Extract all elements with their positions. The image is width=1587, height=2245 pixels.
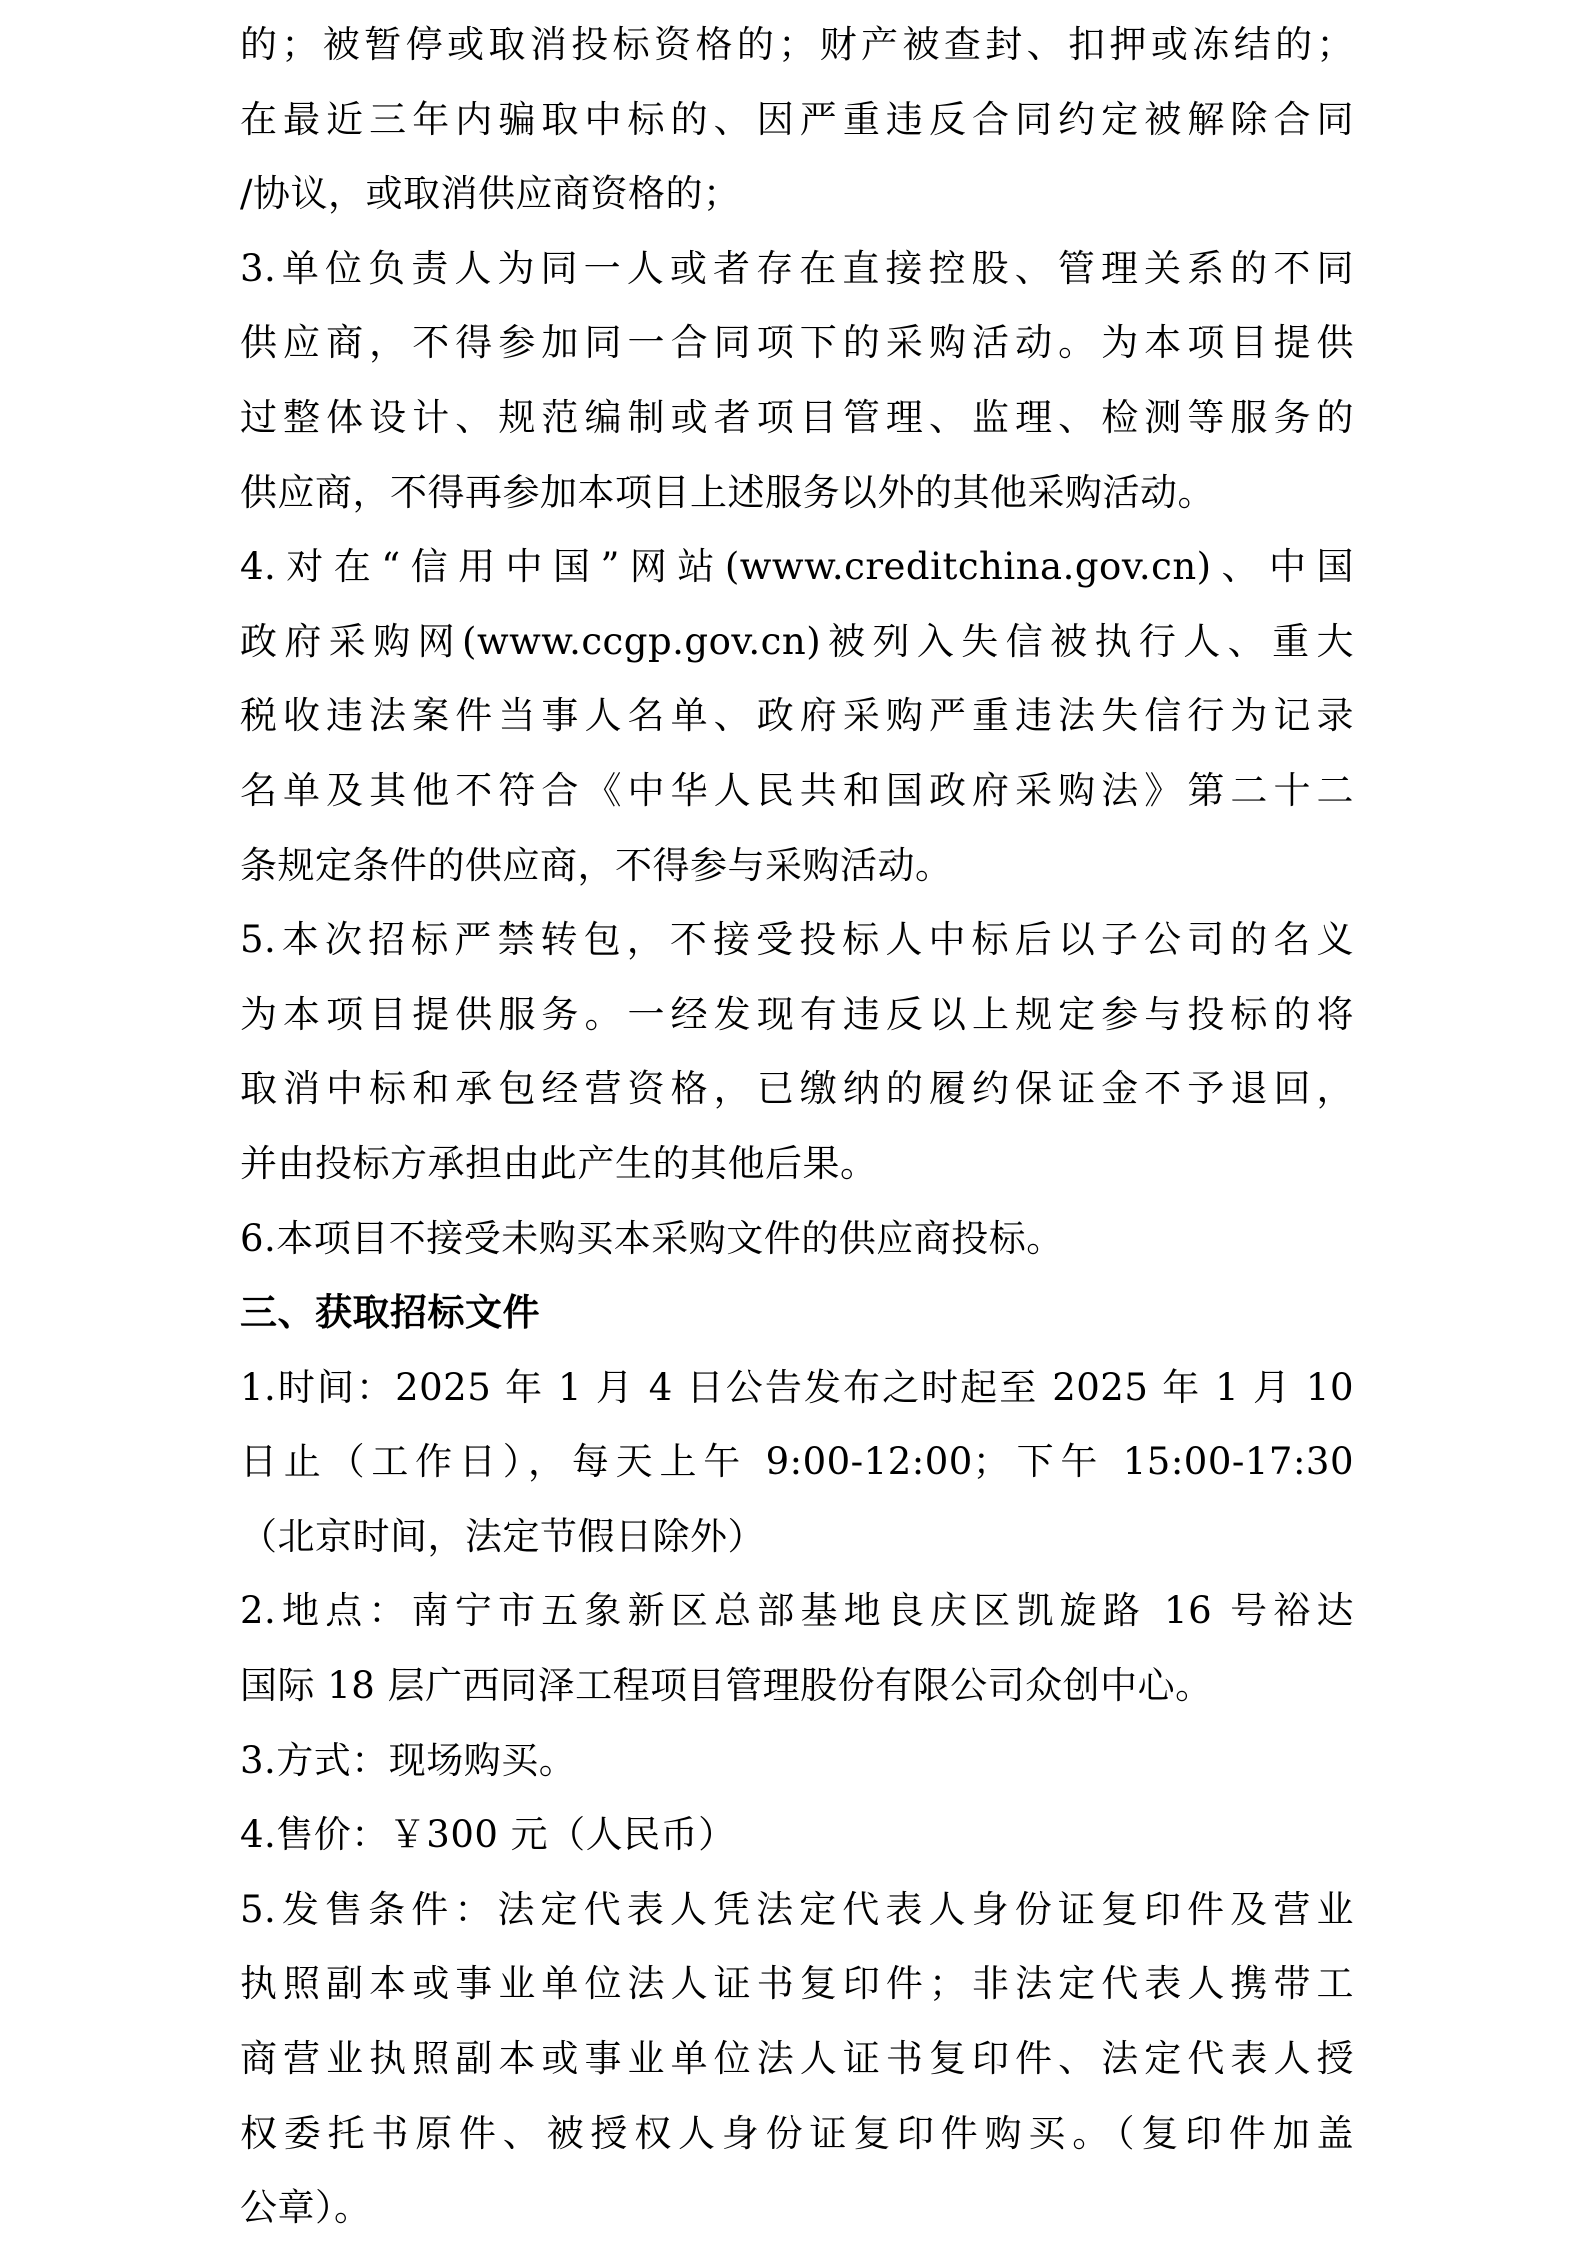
paragraph-item-4: 4.对在“信用中国”网站(www.creditchina.gov.cn)、中国 …: [240, 530, 1354, 903]
section-heading: 三、获取招标文件: [240, 1276, 1354, 1351]
text-line: （北京时间，法定节假日除外）: [240, 1500, 1354, 1575]
paragraph-time: 1.时间：2025 年 1 月 4 日公告发布之时起至 2025 年 1 月 1…: [240, 1351, 1354, 1575]
text-line: 1.时间：2025 年 1 月 4 日公告发布之时起至 2025 年 1 月 1…: [240, 1351, 1354, 1426]
text-line: 公章）。: [240, 2171, 1354, 2245]
text-line: 供应商，不得再参加本项目上述服务以外的其他采购活动。: [240, 456, 1354, 531]
text-line: 政府采购网(www.ccgp.gov.cn)被列入失信被执行人、重大: [240, 605, 1354, 680]
text-line: 4.售价：￥300 元（人民币）: [240, 1798, 1354, 1873]
text-line: 5.发售条件：法定代表人凭法定代表人身份证复印件及营业: [240, 1873, 1354, 1948]
text-line: 权委托书原件、被授权人身份证复印件购买。（复印件加盖: [240, 2097, 1354, 2172]
paragraph-method: 3.方式：现场购买。: [240, 1724, 1354, 1799]
text-line: 3.单位负责人为同一人或者存在直接控股、管理关系的不同: [240, 232, 1354, 307]
text-line: 取消中标和承包经营资格，已缴纳的履约保证金不予退回，: [240, 1052, 1354, 1127]
text-line: 税收违法案件当事人名单、政府采购严重违法失信行为记录: [240, 679, 1354, 754]
text-line: 日止（工作日），每天上午 9:00-12:00；下午 15:00-17:30: [240, 1425, 1354, 1500]
text-line: 在最近三年内骗取中标的、因严重违反合同约定被解除合同: [240, 83, 1354, 158]
text-line: 条规定条件的供应商，不得参与采购活动。: [240, 829, 1354, 904]
paragraph-location: 2.地点：南宁市五象新区总部基地良庆区凯旋路 16 号裕达 国际 18 层广西同…: [240, 1574, 1354, 1723]
text-line: 4.对在“信用中国”网站(www.creditchina.gov.cn)、中国: [240, 530, 1354, 605]
text-line: 6.本项目不接受未购买本采购文件的供应商投标。: [240, 1202, 1354, 1277]
text-line: 并由投标方承担由此产生的其他后果。: [240, 1127, 1354, 1202]
text-line: 的；被暂停或取消投标资格的；财产被查封、扣押或冻结的；: [240, 8, 1354, 83]
text-line: 5.本次招标严禁转包，不接受投标人中标后以子公司的名义: [240, 903, 1354, 978]
text-line: /协议，或取消供应商资格的；: [240, 157, 1354, 232]
paragraph-sale-conditions: 5.发售条件：法定代表人凭法定代表人身份证复印件及营业 执照副本或事业单位法人证…: [240, 1873, 1354, 2245]
text-line: 商营业执照副本或事业单位法人证书复印件、法定代表人授: [240, 2022, 1354, 2097]
text-line: 3.方式：现场购买。: [240, 1724, 1354, 1799]
paragraph-item-6: 6.本项目不接受未购买本采购文件的供应商投标。: [240, 1202, 1354, 1277]
text-line: 名单及其他不符合《中华人民共和国政府采购法》第二十二: [240, 754, 1354, 829]
text-line: 过整体设计、规范编制或者项目管理、监理、检测等服务的: [240, 381, 1354, 456]
text-line: 执照副本或事业单位法人证书复印件；非法定代表人携带工: [240, 1947, 1354, 2022]
paragraph-item-5: 5.本次招标严禁转包，不接受投标人中标后以子公司的名义 为本项目提供服务。一经发…: [240, 903, 1354, 1201]
document-page: 的；被暂停或取消投标资格的；财产被查封、扣押或冻结的； 在最近三年内骗取中标的、…: [240, 8, 1354, 2245]
paragraph-item-2-continued: 的；被暂停或取消投标资格的；财产被查封、扣押或冻结的； 在最近三年内骗取中标的、…: [240, 8, 1354, 232]
text-line: 2.地点：南宁市五象新区总部基地良庆区凯旋路 16 号裕达: [240, 1574, 1354, 1649]
section-title: 三、获取招标文件: [240, 1276, 1354, 1351]
text-line: 国际 18 层广西同泽工程项目管理股份有限公司众创中心。: [240, 1649, 1354, 1724]
text-line: 供应商，不得参加同一合同项下的采购活动。为本项目提供: [240, 306, 1354, 381]
paragraph-price: 4.售价：￥300 元（人民币）: [240, 1798, 1354, 1873]
paragraph-item-3: 3.单位负责人为同一人或者存在直接控股、管理关系的不同 供应商，不得参加同一合同…: [240, 232, 1354, 530]
text-line: 为本项目提供服务。一经发现有违反以上规定参与投标的将: [240, 978, 1354, 1053]
